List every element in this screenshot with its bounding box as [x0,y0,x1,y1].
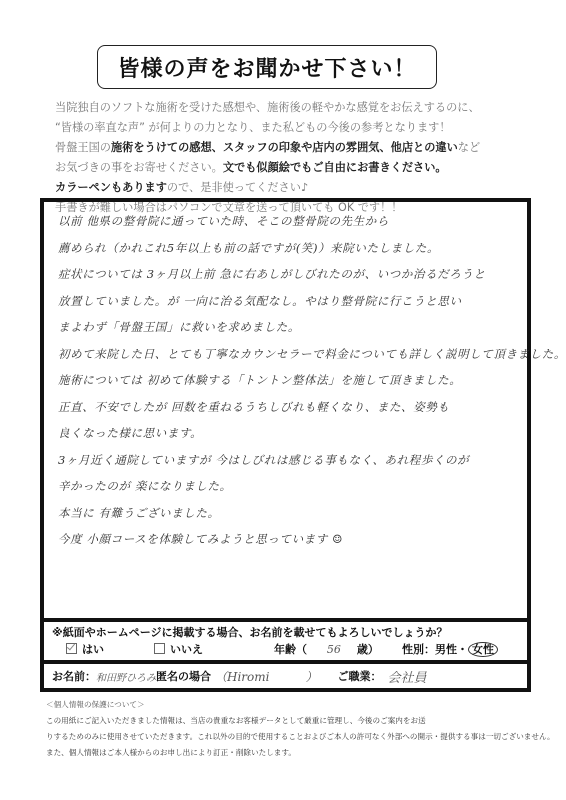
intro-line: 当院独自のソフトな施術を受けた感想や、施術後の軽やかな感覚をお伝えするのに、 [55,98,535,118]
name-label: お名前： [52,668,96,684]
comment-line: 3ヶ月近く通院していますが 今はしびれは感じる事もなく、あれ程歩くのが [58,447,517,474]
comment-line: 本当に 有難うございました。 [58,500,517,527]
comment-area[interactable]: 以前 他県の整骨院に通っていた時、そこの整骨院の先生から 薦められ（かれこれ5年… [44,202,527,622]
age-label: 年齢（ [274,643,307,656]
intro-text-bold: 文でも似顔絵でもご自由にお書きください。 [223,161,447,174]
consent-row: はい いいえ 年齢（ 56歳） 性別：男性・女性 [52,641,519,659]
comment-line: 放置していました。が 一向に治る気配なし。やはり整骨院に行こうと思い [58,288,517,315]
occupation-label: ご職業： [337,668,381,684]
consent-no-option[interactable]: いいえ [154,641,203,657]
comment-line: 薦められ（かれこれ5年以上も前の話ですが(笑)）来院いたしました。 [58,235,517,262]
intro-text-plain: 骨盤王国の [55,141,111,154]
age-suffix: 歳） [357,643,379,656]
consent-yes-option[interactable]: はい [66,641,104,657]
gender-selected-female: 女性 [468,642,498,657]
intro-text-bold: 施術をうけての感想、スタッフの印象や店内の雰囲気、他店との違い [111,141,458,154]
feedback-form: 以前 他県の整骨院に通っていた時、そこの整骨院の先生から 薦められ（かれこれ5年… [40,198,531,692]
intro-line: お気づきの事をお寄せください。文でも似顔絵でもご自由にお書きください。 [55,158,535,178]
comment-line: 正直、不安でしたが 回数を重ねるうちしびれも軽くなり、また、姿勢も [58,394,517,421]
intro-text-bold: カラーペンもあります [55,181,167,194]
anonymous-name-value[interactable]: （Hiromi ） [215,668,317,685]
comment-line: 今度 小顔コースを体験してみようと思っています ☺ [58,526,517,553]
privacy-line: りするためのみに使用させていただきます。これ以外の目的で使用することおよびご本人… [46,729,536,745]
comment-line: まよわず「骨盤王国」に救いを求めました。 [58,314,517,341]
intro-text-plain: ので、是非使ってください♪ [167,181,308,194]
name-value[interactable]: 和田野ひろみ [96,669,156,684]
comment-line: 辛かったのが 楽になりました。 [58,473,517,500]
comment-line: 症状については 3ヶ月以上前 急に右あしがしびれたのが、いつか治るだろうと [58,261,517,288]
comment-line: 施術については 初めて体験する「トントン整体法」を施して頂きました。 [58,367,517,394]
privacy-text: この用紙にご記入いただきました情報は、当店の貴重なお客様データとして厳重に管理し… [46,713,536,729]
anonymous-label: 匿名の場合 [156,668,211,684]
intro-line: 骨盤王国の施術をうけての感想、スタッフの印象や店内の雰囲気、他店との違いなど [55,138,535,158]
privacy-notice: ＜個人情報の保護について＞この用紙にご記入いただきました情報は、当店の貴重なお客… [46,697,536,761]
occupation-value[interactable]: 会社員 [387,667,426,686]
name-section: お名前： 和田野ひろみ 匿名の場合 （Hiromi ） ご職業： 会社員 [44,664,527,688]
privacy-line: ＜個人情報の保護について＞この用紙にご記入いただきました情報は、当店の貴重なお客… [46,697,536,729]
privacy-heading: ＜個人情報の保護について＞ [46,700,145,709]
comment-line: 以前 他県の整骨院に通っていた時、そこの整骨院の先生から [58,208,517,235]
consent-no-label: いいえ [170,643,203,656]
page-title: 皆様の声をお聞かせ下さい！ [117,52,416,83]
age-field[interactable]: 年齢（ 56歳） [274,641,379,657]
privacy-line: また、個人情報はご本人様からのお申し出により訂正・削除いたします。 [46,745,536,761]
checkbox-empty-icon[interactable] [154,643,165,654]
intro-text-plain: など [458,141,480,154]
consent-yes-label: はい [82,643,104,656]
gender-field[interactable]: 性別：男性・女性 [402,641,498,657]
intro-text-plain: お気づきの事をお寄せください。 [55,161,223,174]
checkbox-checked-icon[interactable] [66,643,77,654]
intro-line: “皆様の率直な声” が何よりの力となり、また私どもの今後の参考となります！ [55,118,535,138]
comment-line: 初めて来院した日、とても丁寧なカウンセラーで料金についても詳しく説明して頂きまし… [58,341,517,368]
intro-line: カラーペンもありますので、是非使ってください♪ [55,178,535,198]
age-value: 56 [327,643,341,656]
title-banner: 皆様の声をお聞かせ下さい！ [97,45,437,89]
comment-line: 良くなった様に思います。 [58,420,517,447]
gender-label: 性別：男性・ [402,643,468,656]
consent-question: ※紙面やホームページに掲載する場合、お名前を載せてもよろしいでしょうか？ [52,624,519,641]
consent-section: ※紙面やホームページに掲載する場合、お名前を載せてもよろしいでしょうか？ はい … [44,622,527,664]
